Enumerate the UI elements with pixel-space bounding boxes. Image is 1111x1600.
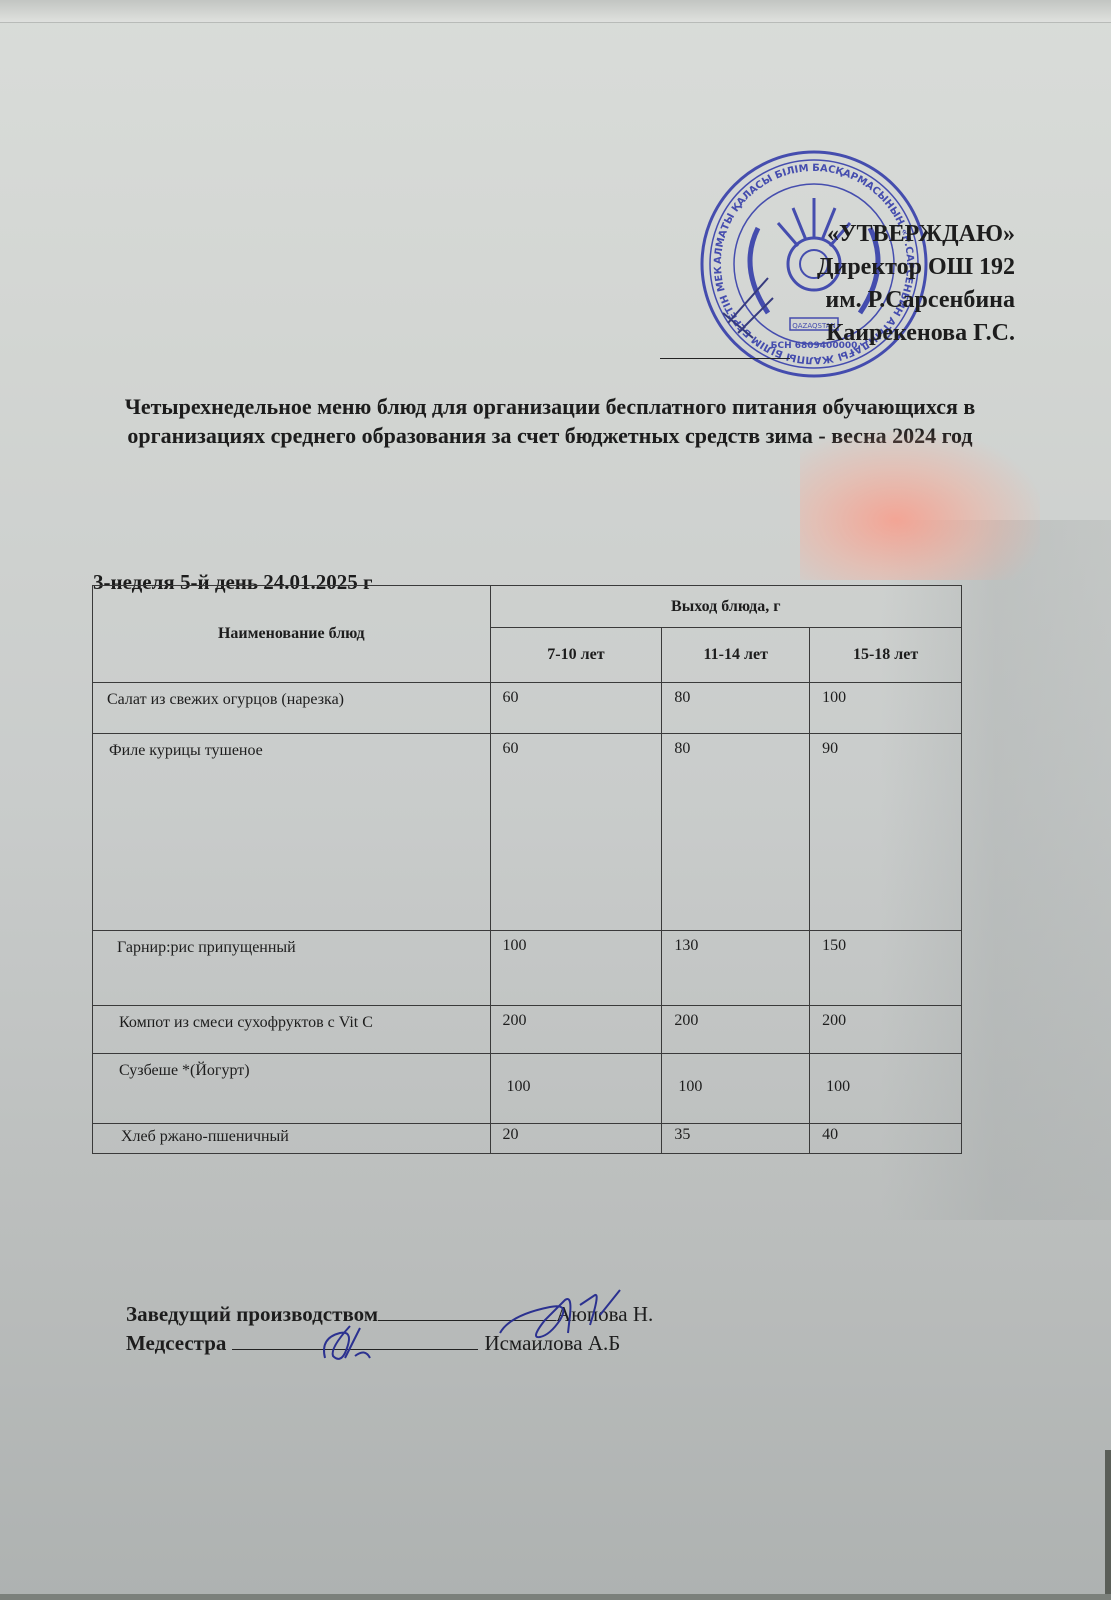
dish-name: Гарнир:рис припущенный [93,931,491,1006]
approval-block: «УТВЕРЖДАЮ» Директор ОШ 192 им. Р.Сарсен… [817,218,1015,350]
yield-value: 100 [662,1054,810,1124]
age-group-header: 7-10 лет [490,628,662,683]
approval-school: им. Р.Сарсенбина [817,284,1015,317]
yield-value: 100 [810,1054,962,1124]
yield-value: 100 [490,1054,662,1124]
yield-value: 100 [490,931,662,1006]
yield-value: 35 [662,1124,810,1154]
production-role: Заведущий производством [126,1302,378,1326]
document-title: Четырехнедельное меню блюд для организац… [90,392,1010,450]
frame-edge [1105,1450,1111,1600]
nurse-role: Медсестра [126,1331,226,1355]
signatures-block: Заведущий производствомАюпова Н. Медсест… [126,1300,653,1358]
table-row: Гарнир:рис припущенный 100 130 150 [93,931,962,1006]
production-name: Аюпова Н. [556,1302,653,1326]
yield-value: 200 [662,1006,810,1054]
nurse-name: Исмаилова А.Б [484,1331,620,1355]
yield-value: 150 [810,931,962,1006]
yield-value: 20 [490,1124,662,1154]
yield-value: 130 [662,931,810,1006]
yield-value: 80 [662,683,810,734]
yield-value: 200 [490,1006,662,1054]
signature-line-production: Заведущий производствомАюпова Н. [126,1300,653,1329]
signature-blank [378,1302,556,1321]
table-row: Салат из свежих огурцов (нарезка) 60 80 … [93,683,962,734]
yield-value: 90 [810,734,962,931]
table-row: Сузбеше *(Йогурт) 100 100 100 [93,1054,962,1124]
table-header-row: Наименование блюд Выход блюда, г [93,586,962,628]
approval-position: Директор ОШ 192 [817,251,1015,284]
dish-name: Компот из смеси сухофруктов с Vit C [93,1006,491,1054]
signature-blank [232,1331,478,1350]
yield-value: 60 [490,683,662,734]
paper-top-edge [0,0,1111,23]
dish-name: Сузбеше *(Йогурт) [93,1054,491,1124]
yield-value: 60 [490,734,662,931]
dish-name: Салат из свежих огурцов (нарезка) [93,683,491,734]
yield-value: 40 [810,1124,962,1154]
approval-heading: «УТВЕРЖДАЮ» [817,218,1015,251]
age-group-header: 11-14 лет [662,628,810,683]
yield-header: Выход блюда, г [490,586,961,628]
approval-director: Каирекенова Г.С. [817,317,1015,350]
table-row: Филе курицы тушеное 60 80 90 [93,734,962,931]
table-row: Компот из смеси сухофруктов с Vit C 200 … [93,1006,962,1054]
age-group-header: 15-18 лет [810,628,962,683]
menu-table: Наименование блюд Выход блюда, г 7-10 ле… [92,585,962,1154]
table-row: Хлеб ржано-пшеничный 20 35 40 [93,1124,962,1154]
frame-edge [0,1594,1111,1600]
signature-line-nurse: МедсестраИсмаилова А.Б [126,1329,653,1358]
yield-value: 80 [662,734,810,931]
light-glare [800,430,1040,580]
dish-name: Филе курицы тушеное [93,734,491,931]
yield-value: 200 [810,1006,962,1054]
dish-name-header: Наименование блюд [93,586,491,683]
dish-name: Хлеб ржано-пшеничный [93,1124,491,1154]
approval-signature-line [660,358,790,359]
yield-value: 100 [810,683,962,734]
